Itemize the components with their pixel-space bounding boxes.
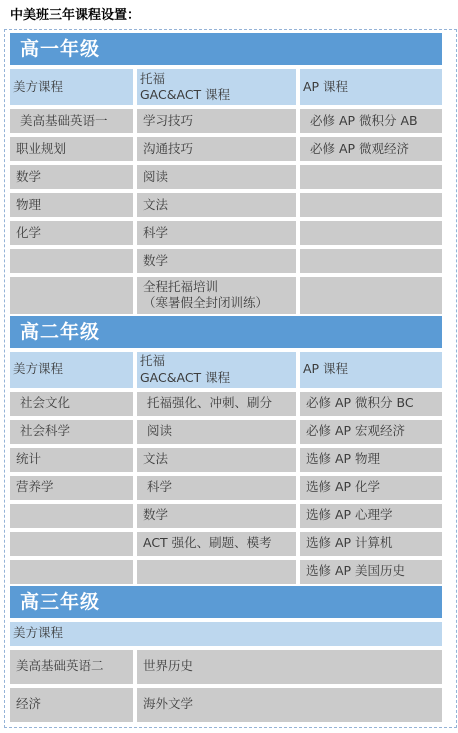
table-row: 数学: [10, 249, 442, 273]
table-cell: 沟通技巧: [137, 137, 296, 161]
table-cell: 阅读: [137, 165, 296, 189]
grade-section-title: 高三年级: [10, 586, 442, 618]
table-cell: 海外文学: [137, 688, 442, 722]
table-cell: [10, 560, 133, 584]
table-cell: [137, 560, 296, 584]
table-row: 社会文化 托福强化、冲刺、刷分必修 AP 微积分 BC: [10, 392, 442, 416]
table-cell: 必修 AP 微观经济: [300, 137, 442, 161]
grade-section-title: 高二年级: [10, 316, 442, 348]
table-cell: 美高基础英语一: [10, 109, 133, 133]
column-header-cell: 托福 GAC&ACT 课程: [137, 352, 296, 388]
table-cell: [10, 504, 133, 528]
table-cell: 选修 AP 美国历史: [300, 560, 442, 584]
curriculum-table-border: 高一年级美方课程托福 GAC&ACT 课程AP 课程 美高基础英语一学习技巧 必…: [4, 29, 457, 728]
table-cell: 数学: [137, 249, 296, 273]
table-cell: [300, 221, 442, 245]
curriculum-table: 高一年级美方课程托福 GAC&ACT 课程AP 课程 美高基础英语一学习技巧 必…: [10, 33, 442, 722]
grade-section: 高三年级美方课程美高基础英语二世界历史经济海外文学: [10, 586, 442, 722]
table-cell: 文法: [137, 193, 296, 217]
table-row: 社会科学 阅读必修 AP 宏观经济: [10, 420, 442, 444]
table-cell: 科学: [137, 476, 296, 500]
table-cell: 选修 AP 物理: [300, 448, 442, 472]
table-row: 经济海外文学: [10, 688, 442, 722]
table-cell: 美高基础英语二: [10, 650, 133, 684]
table-cell: 化学: [10, 221, 133, 245]
table-cell: 托福强化、冲刺、刷分: [137, 392, 296, 416]
table-cell: 数学: [10, 165, 133, 189]
column-header-cell: 美方课程: [10, 622, 442, 646]
column-header-cell: AP 课程: [300, 69, 442, 105]
table-cell: [10, 532, 133, 556]
column-header-cell: 美方课程: [10, 352, 133, 388]
table-row: 选修 AP 美国历史: [10, 560, 442, 584]
table-cell: 选修 AP 心理学: [300, 504, 442, 528]
grade-section: 高一年级美方课程托福 GAC&ACT 课程AP 课程 美高基础英语一学习技巧 必…: [10, 33, 442, 314]
table-cell: 职业规划: [10, 137, 133, 161]
column-header-cell: 托福 GAC&ACT 课程: [137, 69, 296, 105]
table-row: 美高基础英语一学习技巧 必修 AP 微积分 AB: [10, 109, 442, 133]
table-row: 统计文法选修 AP 物理: [10, 448, 442, 472]
table-cell: 科学: [137, 221, 296, 245]
grade-section-title: 高一年级: [10, 33, 442, 65]
table-cell: 统计: [10, 448, 133, 472]
table-row: ACT 强化、刷题、模考选修 AP 计算机: [10, 532, 442, 556]
table-row: 职业规划沟通技巧 必修 AP 微观经济: [10, 137, 442, 161]
table-row: 数学阅读: [10, 165, 442, 189]
column-header-cell: AP 课程: [300, 352, 442, 388]
table-row: 化学科学: [10, 221, 442, 245]
table-cell: 必修 AP 微积分 BC: [300, 392, 442, 416]
table-row: 营养学 科学选修 AP 化学: [10, 476, 442, 500]
table-cell: [300, 249, 442, 273]
table-cell: 必修 AP 微积分 AB: [300, 109, 442, 133]
table-cell: [10, 249, 133, 273]
table-row: 美高基础英语二世界历史: [10, 650, 442, 684]
table-cell: 选修 AP 化学: [300, 476, 442, 500]
table-cell: 物理: [10, 193, 133, 217]
page-title: 中美班三年课程设置：: [10, 4, 140, 23]
column-header-row: 美方课程托福 GAC&ACT 课程AP 课程: [10, 352, 442, 388]
table-cell: 全程托福培训 （寒暑假全封闭训练）: [137, 277, 296, 314]
grade-section: 高二年级美方课程托福 GAC&ACT 课程AP 课程 社会文化 托福强化、冲刺、…: [10, 316, 442, 584]
table-cell: 文法: [137, 448, 296, 472]
table-cell: 选修 AP 计算机: [300, 532, 442, 556]
table-cell: 世界历史: [137, 650, 442, 684]
table-cell: 必修 AP 宏观经济: [300, 420, 442, 444]
table-cell: [300, 193, 442, 217]
table-cell: 学习技巧: [137, 109, 296, 133]
table-cell: 社会科学: [10, 420, 133, 444]
table-cell: 营养学: [10, 476, 133, 500]
table-row: 物理文法: [10, 193, 442, 217]
table-cell: [10, 277, 133, 314]
table-cell: 经济: [10, 688, 133, 722]
column-header-row: 美方课程: [10, 622, 442, 646]
table-cell: [300, 277, 442, 314]
column-header-row: 美方课程托福 GAC&ACT 课程AP 课程: [10, 69, 442, 105]
column-header-cell: 美方课程: [10, 69, 133, 105]
table-row: 数学选修 AP 心理学: [10, 504, 442, 528]
table-cell: 数学: [137, 504, 296, 528]
table-cell: 阅读: [137, 420, 296, 444]
table-row: 全程托福培训 （寒暑假全封闭训练）: [10, 277, 442, 314]
table-cell: 社会文化: [10, 392, 133, 416]
table-cell: [300, 165, 442, 189]
table-cell: ACT 强化、刷题、模考: [137, 532, 296, 556]
